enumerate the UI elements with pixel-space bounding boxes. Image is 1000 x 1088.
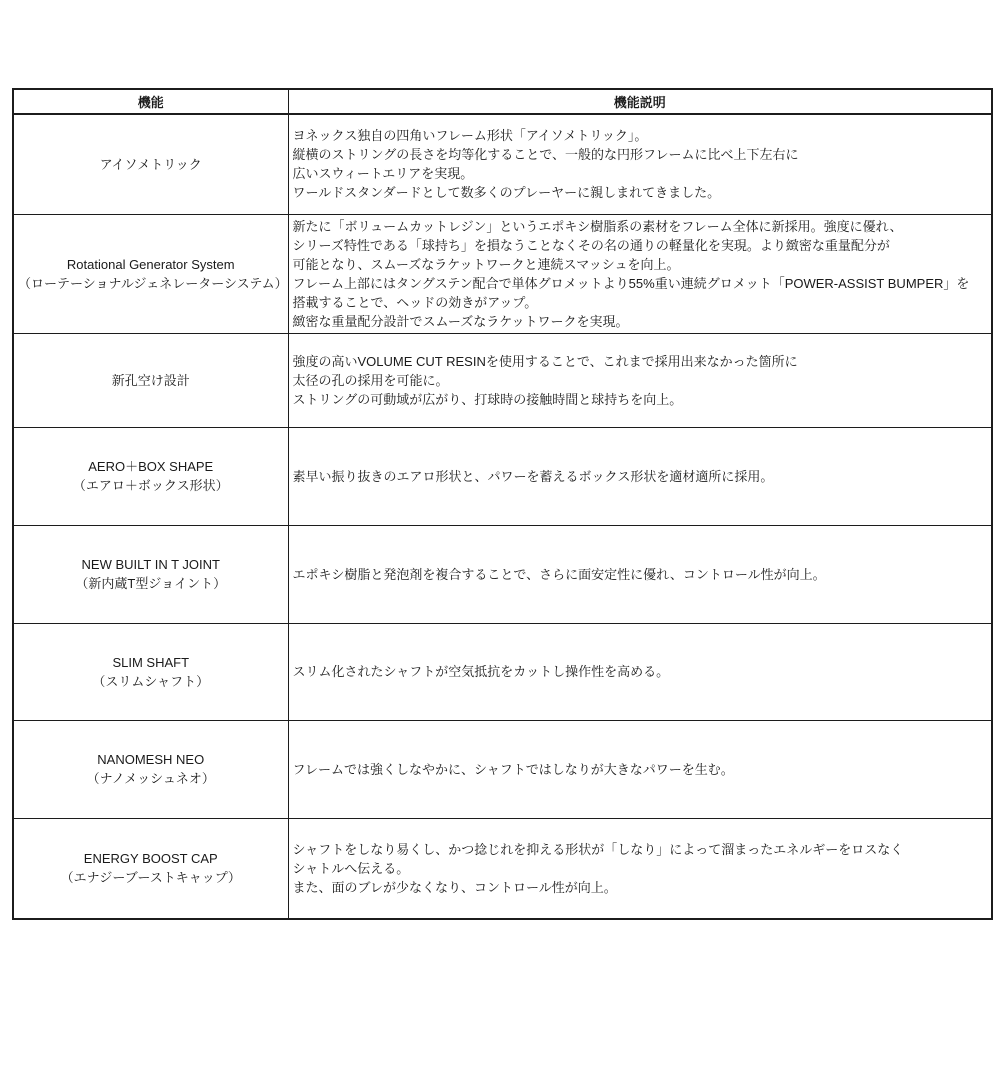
feature-description: 素早い振り抜きのエアロ形状と、パワーを蓄えるボックス形状を適材適所に採用。 <box>288 427 992 525</box>
feature-description: 強度の高いVOLUME CUT RESINを使用することで、これまで採用出来なか… <box>288 333 992 427</box>
feature-name: NANOMESH NEO （ナノメッシュネオ） <box>13 720 288 818</box>
feature-name: AERO＋BOX SHAPE （エアロ＋ボックス形状） <box>13 427 288 525</box>
feature-description: フレームでは強くしなやかに、シャフトではしなりが大きなパワーを生む。 <box>288 720 992 818</box>
header-description: 機能説明 <box>288 89 992 114</box>
feature-description: 新たに「ボリュームカットレジン」というエポキシ樹脂系の素材をフレーム全体に新採用… <box>288 214 992 333</box>
table-row: アイソメトリック ヨネックス独自の四角いフレーム形状「アイソメトリック」。 縦横… <box>13 114 992 214</box>
feature-name: アイソメトリック <box>13 114 288 214</box>
feature-description: エポキシ樹脂と発泡剤を複合することで、さらに面安定性に優れ、コントロール性が向上… <box>288 525 992 623</box>
feature-name: 新孔空け設計 <box>13 333 288 427</box>
feature-name: NEW BUILT IN T JOINT （新内蔵T型ジョイント） <box>13 525 288 623</box>
table-row: SLIM SHAFT （スリムシャフト） スリム化されたシャフトが空気抵抗をカッ… <box>13 623 992 720</box>
table-row: AERO＋BOX SHAPE （エアロ＋ボックス形状） 素早い振り抜きのエアロ形… <box>13 427 992 525</box>
feature-name: SLIM SHAFT （スリムシャフト） <box>13 623 288 720</box>
table-row: NANOMESH NEO （ナノメッシュネオ） フレームでは強くしなやかに、シャ… <box>13 720 992 818</box>
feature-description: スリム化されたシャフトが空気抵抗をカットし操作性を高める。 <box>288 623 992 720</box>
feature-name: Rotational Generator System （ローテーショナルジェネ… <box>13 214 288 333</box>
feature-spec-table: 機能 機能説明 アイソメトリック ヨネックス独自の四角いフレーム形状「アイソメト… <box>12 88 993 920</box>
header-feature: 機能 <box>13 89 288 114</box>
feature-description: シャフトをしなり易くし、かつ捻じれを抑える形状が「しなり」によって溜まったエネル… <box>288 818 992 919</box>
table-row: Rotational Generator System （ローテーショナルジェネ… <box>13 214 992 333</box>
feature-description: ヨネックス独自の四角いフレーム形状「アイソメトリック」。 縦横のストリングの長さ… <box>288 114 992 214</box>
table-row: 新孔空け設計 強度の高いVOLUME CUT RESINを使用することで、これま… <box>13 333 992 427</box>
table-row: NEW BUILT IN T JOINT （新内蔵T型ジョイント） エポキシ樹脂… <box>13 525 992 623</box>
table-header-row: 機能 機能説明 <box>13 89 992 114</box>
feature-name: ENERGY BOOST CAP （エナジーブーストキャップ） <box>13 818 288 919</box>
table-row: ENERGY BOOST CAP （エナジーブーストキャップ） シャフトをしなり… <box>13 818 992 919</box>
